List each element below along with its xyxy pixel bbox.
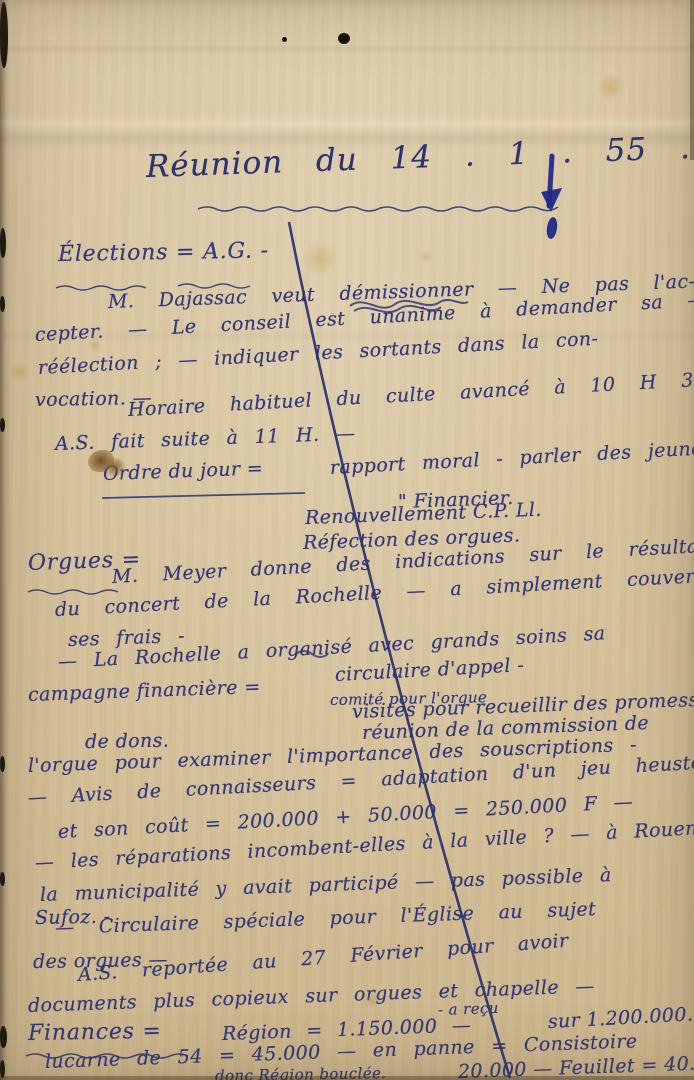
handwritten-line: A.S. reportée au 27 Février pour avoir: [77, 931, 569, 986]
edge-blotch: [0, 418, 5, 432]
manuscript-page: Réunion du 14 . 1 . 55 . Élections = A.G…: [0, 0, 694, 1080]
stain: [8, 362, 30, 382]
stain: [418, 250, 434, 263]
heading-finances: Finances =: [28, 1020, 162, 1047]
edge-blotch: [0, 1026, 7, 1048]
title-underline: [198, 207, 558, 211]
title-ink-blob-arrow: [541, 188, 562, 212]
dark-right-edge: [690, 0, 694, 160]
punch-hole-small: [282, 37, 287, 42]
handwritten-line-ordre-du-jour: Ordre du jour =: [103, 458, 264, 484]
handwritten-line: A.S. fait suite à 11 H. —: [55, 424, 356, 455]
stain: [300, 242, 340, 276]
orgues-underline: [28, 590, 118, 594]
heading-elections: Élections = A.G. -: [58, 239, 269, 267]
handwritten-line: Horaire habituel du culte avancé à 10 H …: [127, 370, 694, 421]
edge-blotch: [0, 2, 8, 68]
handwritten-line: sur 1.200.000.: [547, 1004, 693, 1032]
dark-bottom-edge: [0, 1076, 694, 1080]
edge-blotch: [0, 756, 5, 772]
handwritten-line: circulaire d'appel -: [334, 655, 524, 686]
ordre-du-jour-underline: [102, 493, 305, 498]
edge-blotch: [0, 228, 6, 258]
torn-left-edge: [0, 0, 10, 1080]
edge-blotch: [0, 872, 5, 886]
handwritten-line: rapport moral - parler des jeunes.: [329, 438, 694, 479]
punch-hole: [338, 33, 350, 44]
stain: [596, 74, 626, 100]
edge-blotch: [0, 296, 5, 312]
title-ink-blob-drop: [546, 216, 559, 239]
page-title: Réunion du 14 . 1 . 55 .: [145, 131, 691, 184]
handwritten-line: campagne financière =: [28, 677, 261, 706]
